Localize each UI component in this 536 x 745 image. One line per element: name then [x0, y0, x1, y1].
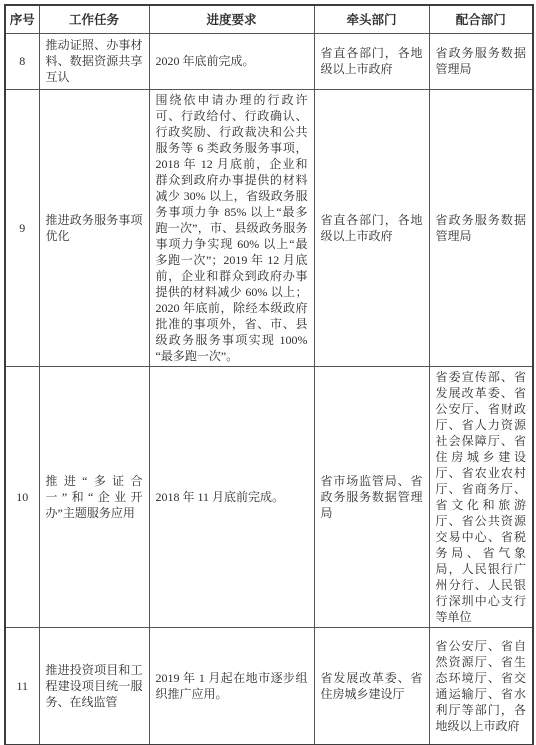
- document-page: 序号 工作任务 进度要求 牵头部门 配合部门 8 推动证照、办事材料、数据资源共…: [4, 4, 532, 745]
- header-cell-num: 序号: [5, 5, 39, 33]
- cell-task: 推进“多证合一”和“企业开办”主题服务应用: [39, 366, 149, 627]
- cell-lead-dept: 省市场监管局、省政务服务数据管理局: [314, 366, 429, 627]
- cell-support-dept: 省政务服务数据管理局: [429, 89, 533, 366]
- header-cell-progress: 进度要求: [149, 5, 314, 33]
- cell-progress: 围绕依申请办理的行政许可、行政给付、行政确认、行政奖励、行政裁决和公共服务等 6…: [149, 89, 314, 366]
- header-cell-task: 工作任务: [39, 5, 149, 33]
- cell-lead-dept: 省直各部门，各地级以上市政府: [314, 33, 429, 89]
- cell-lead-dept: 省发展改革委、省住房城乡建设厅: [314, 627, 429, 745]
- cell-progress: 2020 年底前完成。: [149, 33, 314, 89]
- cell-row-number: 9: [5, 89, 39, 366]
- cell-lead-dept: 省直各部门，各地级以上市政府: [314, 89, 429, 366]
- table-row: 10 推进“多证合一”和“企业开办”主题服务应用 2018 年 11 月底前完成…: [5, 366, 533, 627]
- cell-progress: 2019 年 1 月起在地市逐步组织推广应用。: [149, 627, 314, 745]
- header-cell-support: 配合部门: [429, 5, 533, 33]
- cell-row-number: 11: [5, 627, 39, 745]
- cell-support-dept: 省公安厅、省自然资源厅、省生态环境厅、省交通运输厅、省水利厅等部门，各地级以上市…: [429, 627, 533, 745]
- cell-row-number: 10: [5, 366, 39, 627]
- cell-support-dept: 省政务服务数据管理局: [429, 33, 533, 89]
- cell-task: 推进政务服务事项优化: [39, 89, 149, 366]
- table-header-row: 序号 工作任务 进度要求 牵头部门 配合部门: [5, 5, 533, 33]
- cell-task: 推动证照、办事材料、数据资源共享互认: [39, 33, 149, 89]
- cell-support-dept: 省委宣传部、省发展改革委、省公安厅、省财政厅、省人力资源社会保障厅、省住房城乡建…: [429, 366, 533, 627]
- task-table: 序号 工作任务 进度要求 牵头部门 配合部门 8 推动证照、办事材料、数据资源共…: [4, 4, 534, 745]
- cell-progress: 2018 年 11 月底前完成。: [149, 366, 314, 627]
- cell-task: 推进投资项目和工程建设项目统一服务、在线监管: [39, 627, 149, 745]
- table-row: 8 推动证照、办事材料、数据资源共享互认 2020 年底前完成。 省直各部门，各…: [5, 33, 533, 89]
- table-row: 9 推进政务服务事项优化 围绕依申请办理的行政许可、行政给付、行政确认、行政奖励…: [5, 89, 533, 366]
- table-row: 11 推进投资项目和工程建设项目统一服务、在线监管 2019 年 1 月起在地市…: [5, 627, 533, 745]
- header-cell-lead: 牵头部门: [314, 5, 429, 33]
- cell-row-number: 8: [5, 33, 39, 89]
